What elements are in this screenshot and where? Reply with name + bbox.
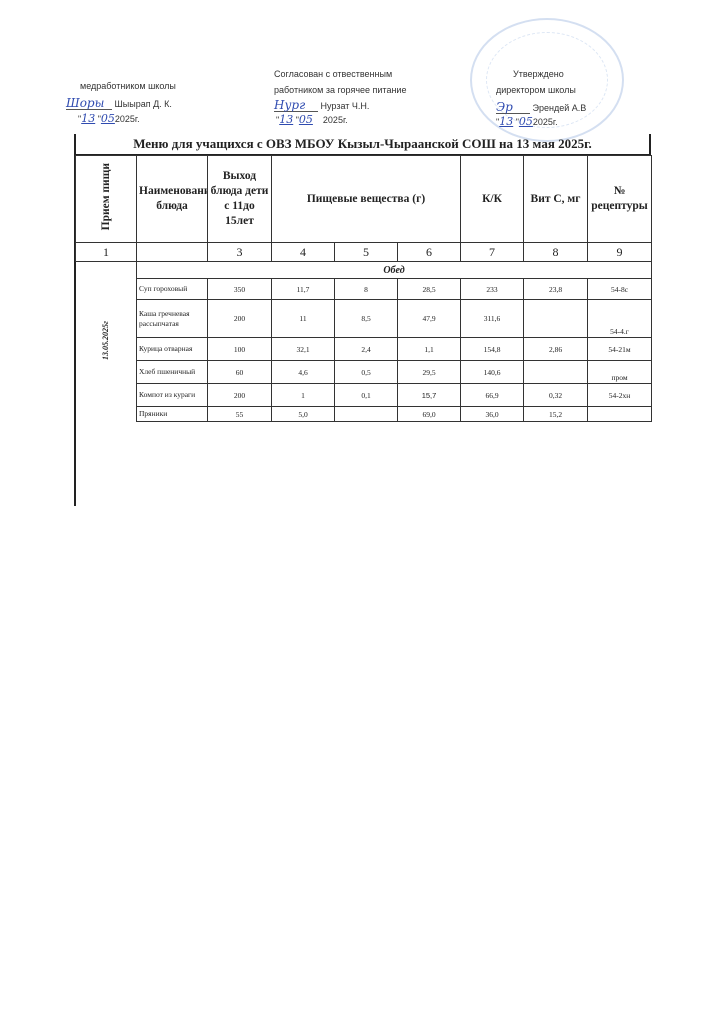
col-num: 1 bbox=[76, 243, 137, 262]
header-row: Прием пищи Наименование блюда Выход блюд… bbox=[76, 156, 652, 243]
director-approval-line1: Утверждено bbox=[513, 70, 564, 79]
medic-day: 13 bbox=[81, 112, 95, 125]
dish-kcal: 233 bbox=[461, 279, 524, 300]
dish-recipe bbox=[588, 407, 652, 422]
header-nutrients: Пищевые вещества (г) bbox=[272, 156, 461, 243]
director-signature: Эр bbox=[496, 101, 530, 114]
dish-name: Каша гречневая рассыпчатая bbox=[137, 300, 208, 338]
dish-output: 350 bbox=[208, 279, 272, 300]
dish-vitc: 2,86 bbox=[524, 338, 588, 361]
dish-output: 60 bbox=[208, 361, 272, 384]
dish-vitc: 15,2 bbox=[524, 407, 588, 422]
dish-kcal: 154,8 bbox=[461, 338, 524, 361]
dish-kcal: 140,6 bbox=[461, 361, 524, 384]
dish-fat: 0,5 bbox=[335, 361, 398, 384]
dish-carbs: 29,5 bbox=[398, 361, 461, 384]
dish-output: 200 bbox=[208, 300, 272, 338]
header-dish: Наименование блюда bbox=[137, 156, 208, 243]
column-number-row: 1 3 4 5 6 7 8 9 bbox=[76, 243, 652, 262]
food-month: 05 bbox=[299, 113, 313, 126]
medic-month: 05 bbox=[101, 112, 115, 125]
section-lunch: Обед bbox=[137, 262, 652, 279]
dish-recipe: 54-21м bbox=[588, 338, 652, 361]
director-signature-line: Эр Эрендей А.В bbox=[496, 101, 586, 114]
dish-fat bbox=[335, 407, 398, 422]
table-row: Пряники 55 5,0 69,0 36,0 15,2 bbox=[76, 407, 652, 422]
medic-signature-line: Шоры Шыырап Д. К. bbox=[66, 97, 172, 110]
menu-date: 13.05.2025г bbox=[101, 321, 110, 360]
col-num: 9 bbox=[588, 243, 652, 262]
dish-fat: 2,4 bbox=[335, 338, 398, 361]
dish-name: Хлеб пшеничный bbox=[137, 361, 208, 384]
col-num: 4 bbox=[272, 243, 335, 262]
col-num: 7 bbox=[461, 243, 524, 262]
director-month: 05 bbox=[519, 115, 533, 128]
col-num: 8 bbox=[524, 243, 588, 262]
director-date: "13 "052025г. bbox=[496, 116, 558, 127]
dish-carbs: 47,9 bbox=[398, 300, 461, 338]
dish-protein: 4,6 bbox=[272, 361, 335, 384]
dish-carbs: 69,0 bbox=[398, 407, 461, 422]
dish-protein: 32,1 bbox=[272, 338, 335, 361]
dish-name: Компот из кураги bbox=[137, 384, 208, 407]
dish-vitc bbox=[524, 300, 588, 338]
table-row: Суп гороховый 350 11,7 8 28,5 233 23,8 5… bbox=[76, 279, 652, 300]
dish-kcal: 311,6 bbox=[461, 300, 524, 338]
dish-carbs: 15,7 bbox=[398, 384, 461, 407]
header-recipe: № рецептуры bbox=[588, 156, 652, 243]
director-approval-line2: директором школы bbox=[496, 86, 576, 95]
col-num: 6 bbox=[398, 243, 461, 262]
medic-name: Шыырап Д. К. bbox=[115, 99, 172, 109]
medic-year: 2025г. bbox=[115, 114, 140, 124]
director-day: 13 bbox=[499, 115, 513, 128]
dish-recipe: пром bbox=[588, 361, 652, 384]
table-row: Хлеб пшеничный 60 4,6 0,5 29,5 140,6 про… bbox=[76, 361, 652, 384]
dish-fat: 8,5 bbox=[335, 300, 398, 338]
food-name: Нурзат Ч.Н. bbox=[321, 101, 370, 111]
dish-carbs: 1,1 bbox=[398, 338, 461, 361]
dish-protein: 11 bbox=[272, 300, 335, 338]
dish-vitc: 0,32 bbox=[524, 384, 588, 407]
dish-name: Пряники bbox=[137, 407, 208, 422]
dish-fat: 0,1 bbox=[335, 384, 398, 407]
header-output: Выход блюда дети с 11до 15лет bbox=[208, 156, 272, 243]
dish-recipe: 54-8с bbox=[588, 279, 652, 300]
dish-name: Курица отварная bbox=[137, 338, 208, 361]
food-approval-line1: Согласован с отвественным bbox=[274, 70, 392, 79]
medic-date: "13 "052025г. bbox=[78, 113, 140, 124]
food-year: 2025г. bbox=[323, 115, 348, 125]
menu-table: Прием пищи Наименование блюда Выход блюд… bbox=[75, 155, 652, 422]
dish-protein: 1 bbox=[272, 384, 335, 407]
food-date: "13 "05 2025г. bbox=[276, 114, 348, 125]
food-signature-line: Нург Нурзат Ч.Н. bbox=[274, 99, 369, 112]
dish-vitc: 23,8 bbox=[524, 279, 588, 300]
dish-output: 100 bbox=[208, 338, 272, 361]
dish-output: 55 bbox=[208, 407, 272, 422]
dish-output: 200 bbox=[208, 384, 272, 407]
col-num: 5 bbox=[335, 243, 398, 262]
dish-recipe: 54-2хн bbox=[588, 384, 652, 407]
section-row: 13.05.2025г Обед bbox=[76, 262, 652, 279]
medic-signature: Шоры bbox=[66, 97, 112, 110]
director-year: 2025г. bbox=[533, 117, 558, 127]
dish-kcal: 36,0 bbox=[461, 407, 524, 422]
header-meal: Прием пищи bbox=[76, 156, 137, 243]
dish-fat: 8 bbox=[335, 279, 398, 300]
col-num: 3 bbox=[208, 243, 272, 262]
table-row: Каша гречневая рассыпчатая 200 11 8,5 47… bbox=[76, 300, 652, 338]
header-kcal: К/К bbox=[461, 156, 524, 243]
dish-protein: 11,7 bbox=[272, 279, 335, 300]
menu-title: Меню для учащихся с ОВЗ МБОУ Кызыл-Чыраа… bbox=[75, 136, 650, 152]
header-vitc: Вит С, мг bbox=[524, 156, 588, 243]
medic-approval-line1: медработником школы bbox=[80, 82, 176, 91]
dish-vitc bbox=[524, 361, 588, 384]
food-approval-line2: работником за горячее питание bbox=[274, 86, 406, 95]
col-num bbox=[137, 243, 208, 262]
food-signature: Нург bbox=[274, 99, 318, 112]
table-row: Курица отварная 100 32,1 2,4 1,1 154,8 2… bbox=[76, 338, 652, 361]
dish-name: Суп гороховый bbox=[137, 279, 208, 300]
table-row: Компот из кураги 200 1 0,1 15,7 66,9 0,3… bbox=[76, 384, 652, 407]
dish-kcal: 66,9 bbox=[461, 384, 524, 407]
food-day: 13 bbox=[279, 113, 293, 126]
dish-carbs: 28,5 bbox=[398, 279, 461, 300]
director-name: Эрендей А.В bbox=[533, 103, 587, 113]
date-cell: 13.05.2025г bbox=[76, 262, 137, 422]
dish-protein: 5,0 bbox=[272, 407, 335, 422]
dish-recipe: 54-4.г bbox=[588, 300, 652, 338]
